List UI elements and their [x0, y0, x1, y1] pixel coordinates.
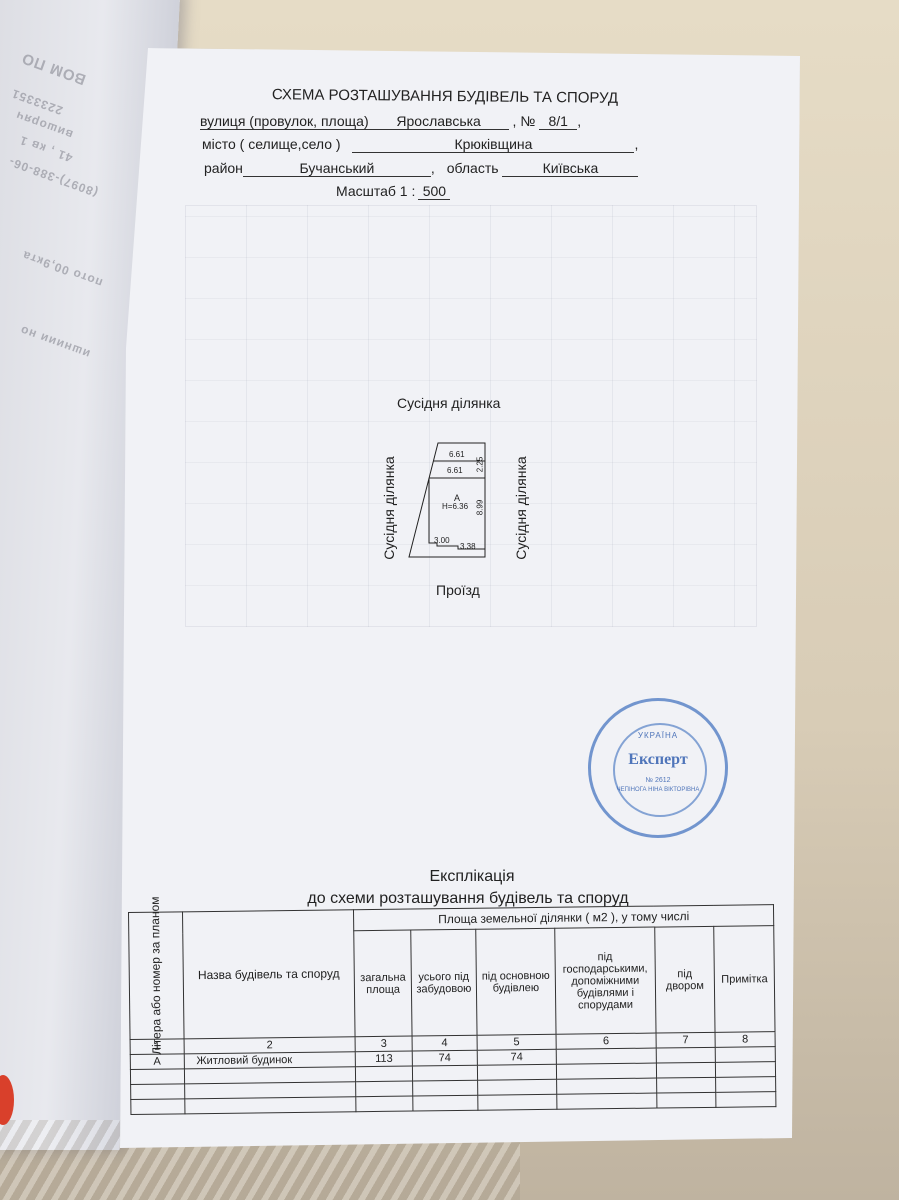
- table-cell: [716, 1092, 776, 1108]
- street-value: Ярославська: [369, 114, 509, 130]
- city-line: місто ( селище,село ) Крюківщина,: [202, 136, 638, 153]
- dim-top-2: 6.61: [447, 466, 463, 475]
- city-value: Крюківщина: [352, 137, 634, 153]
- col-number: 5: [477, 1034, 556, 1050]
- table-cell: [715, 1047, 775, 1063]
- number-value: 8/1: [539, 114, 577, 130]
- table-cell: [412, 1065, 477, 1081]
- table-cell: [556, 1063, 656, 1079]
- stamp-country: УКРАЇНА: [591, 731, 725, 740]
- table-cell: [656, 1062, 716, 1078]
- comma: ,: [431, 160, 435, 176]
- subcol-header: Примітка: [714, 926, 775, 1033]
- table-cell: 113: [355, 1051, 412, 1067]
- subcol-header: під господарськими, допоміжними будівлям…: [555, 927, 656, 1034]
- col-number: 8: [715, 1032, 775, 1048]
- neighbor-top-label: Сусідня ділянка: [397, 395, 500, 411]
- subcol-header: під основною будівлею: [476, 928, 556, 1035]
- table-cell: [477, 1079, 556, 1095]
- region-label: область: [447, 160, 499, 176]
- scale-label: Масштаб: [336, 183, 396, 199]
- dim-top-1: 6.61: [449, 450, 465, 459]
- number-label: №: [520, 113, 535, 129]
- neighbor-right-label: Сусідня ділянка: [513, 453, 529, 563]
- table-cell: [656, 1077, 716, 1093]
- table-cell: 74: [477, 1049, 556, 1065]
- comma: ,: [513, 113, 517, 129]
- table-cell: А: [130, 1054, 184, 1070]
- col-number: 6: [556, 1033, 656, 1049]
- stamp-number: № 2612: [591, 777, 725, 784]
- col-number: 4: [412, 1035, 477, 1051]
- table-cell: [656, 1047, 716, 1063]
- scale-line: Масштаб 1 :500: [336, 183, 450, 200]
- district-value: Бучанський: [243, 161, 431, 177]
- table-cell: [131, 1099, 185, 1115]
- region-value: Київська: [502, 161, 638, 177]
- scale-value: 500: [418, 184, 450, 200]
- driveway-label: Проїзд: [436, 582, 480, 598]
- comma: ,: [577, 113, 581, 129]
- scale-prefix: 1 :: [400, 183, 416, 199]
- col-name-header: Назва будівель та споруд: [182, 910, 355, 1039]
- dim-side-main: 8.99: [475, 500, 484, 516]
- street-line: вулиця (провулок, площа)Ярославська , № …: [200, 113, 581, 130]
- table-cell: [557, 1093, 657, 1109]
- table-cell: [656, 1092, 716, 1108]
- table-cell: [131, 1084, 185, 1100]
- building-height: Н=6.36: [442, 502, 468, 511]
- table-cell: [716, 1077, 776, 1093]
- col-letter-text: Літера або номер за планом: [148, 896, 164, 1054]
- dim-bottom-left: 3.00: [434, 536, 450, 545]
- table-cell: [356, 1081, 413, 1097]
- street-label: вулиця (провулок, площа): [200, 114, 369, 130]
- district-label: район: [204, 160, 243, 176]
- expert-stamp: УКРАЇНА Експерт № 2612 ЧЕПІНОГА НІНА ВІК…: [588, 698, 728, 838]
- subcol-header: усього під забудовою: [411, 929, 477, 1036]
- table-cell: [716, 1062, 776, 1078]
- table-cell: [556, 1048, 656, 1064]
- neighbor-left-label: Сусідня ділянка: [381, 453, 397, 563]
- city-label: місто ( селище,село ): [202, 136, 341, 152]
- explication-table: Літера або номер за планом Назва будівел…: [128, 904, 776, 1115]
- dim-side-top: 2.25: [475, 457, 484, 473]
- table-cell: [413, 1095, 478, 1111]
- table-cell: [477, 1064, 556, 1080]
- table-cell: [557, 1078, 657, 1094]
- table-cell: [356, 1096, 413, 1112]
- district-line: районБучанський, область Київська: [204, 160, 638, 177]
- col-number: 7: [656, 1032, 716, 1048]
- table-cell: [478, 1094, 557, 1110]
- table-cell: [413, 1080, 478, 1096]
- col-letter-header: Літера або номер за планом: [129, 912, 184, 1040]
- dim-bottom-right: 3.38: [460, 542, 476, 551]
- table-cell: [130, 1069, 184, 1085]
- stamp-name: ЧЕПІНОГА НІНА ВІКТОРІВНА: [591, 787, 725, 793]
- comma: ,: [634, 136, 638, 152]
- subcol-header: загальна площа: [354, 930, 412, 1037]
- subcol-header: під двором: [654, 926, 715, 1033]
- explication-title: Експлікація: [172, 868, 772, 886]
- stamp-center-text: Експерт: [591, 751, 725, 769]
- table-cell: [184, 1097, 356, 1114]
- table-cell: 74: [412, 1050, 477, 1066]
- table-cell: [356, 1066, 413, 1082]
- col-number: 3: [355, 1036, 412, 1052]
